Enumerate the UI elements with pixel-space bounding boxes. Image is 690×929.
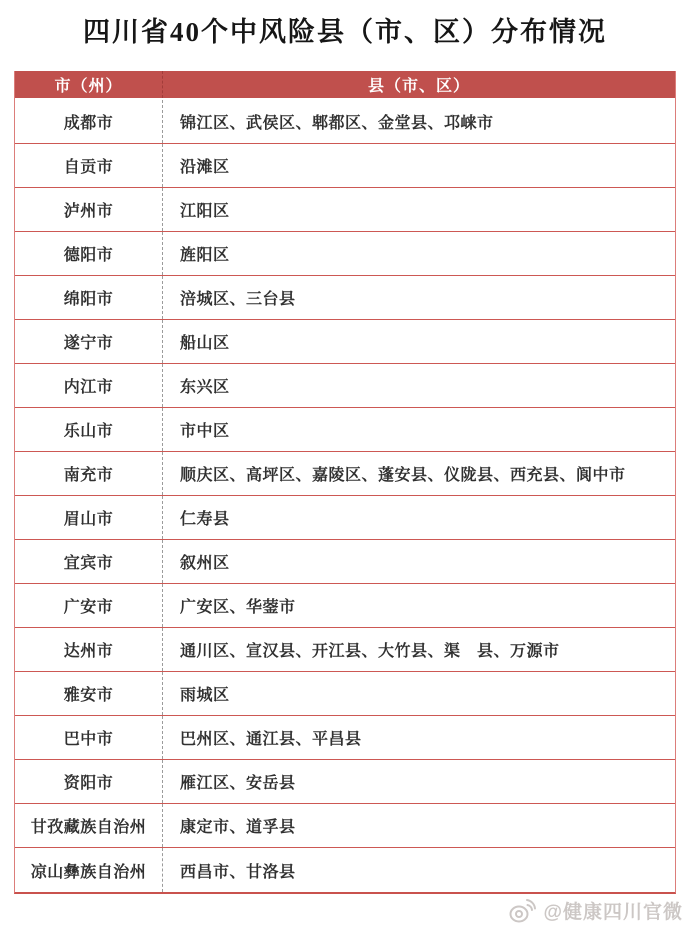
counties-cell: 仁寿县 bbox=[163, 496, 675, 539]
counties-cell: 船山区 bbox=[163, 320, 675, 363]
watermark-text: @健康四川官微 bbox=[543, 897, 683, 924]
counties-cell: 顺庆区、高坪区、嘉陵区、蓬安县、仪陇县、西充县、阆中市 bbox=[163, 452, 675, 495]
city-cell: 内江市 bbox=[15, 364, 163, 407]
table-row: 绵阳市 涪城区、三台县 bbox=[15, 276, 675, 320]
city-cell: 南充市 bbox=[15, 452, 163, 495]
city-cell: 广安市 bbox=[15, 584, 163, 627]
counties-cell: 江阳区 bbox=[163, 188, 675, 231]
city-cell: 遂宁市 bbox=[15, 320, 163, 363]
table-body: 成都市 锦江区、武侯区、郫都区、金堂县、邛崃市 自贡市 沿滩区 泸州市 江阳区 … bbox=[15, 100, 675, 892]
counties-cell: 巴州区、通江县、平昌县 bbox=[163, 716, 675, 759]
table-row: 泸州市 江阳区 bbox=[15, 188, 675, 232]
counties-cell: 东兴区 bbox=[163, 364, 675, 407]
counties-cell: 旌阳区 bbox=[163, 232, 675, 275]
weibo-icon bbox=[508, 897, 538, 924]
table-row: 内江市 东兴区 bbox=[15, 364, 675, 408]
city-cell: 甘孜藏族自治州 bbox=[15, 804, 163, 847]
table-row: 甘孜藏族自治州 康定市、道孚县 bbox=[15, 804, 675, 848]
city-cell: 泸州市 bbox=[15, 188, 163, 231]
counties-cell: 市中区 bbox=[163, 408, 675, 451]
city-cell: 自贡市 bbox=[15, 144, 163, 187]
city-cell: 德阳市 bbox=[15, 232, 163, 275]
counties-cell: 涪城区、三台县 bbox=[163, 276, 675, 319]
city-cell: 乐山市 bbox=[15, 408, 163, 451]
counties-cell: 锦江区、武侯区、郫都区、金堂县、邛崃市 bbox=[163, 100, 675, 143]
risk-distribution-table: 市（州） 县（市、区） 成都市 锦江区、武侯区、郫都区、金堂县、邛崃市 自贡市 … bbox=[14, 71, 676, 894]
counties-cell: 雁江区、安岳县 bbox=[163, 760, 675, 803]
table-row: 宜宾市 叙州区 bbox=[15, 540, 675, 584]
table-row: 雅安市 雨城区 bbox=[15, 672, 675, 716]
counties-cell: 康定市、道孚县 bbox=[163, 804, 675, 847]
city-cell: 巴中市 bbox=[15, 716, 163, 759]
header-county-column: 县（市、区） bbox=[163, 71, 675, 98]
table-row: 南充市 顺庆区、高坪区、嘉陵区、蓬安县、仪陇县、西充县、阆中市 bbox=[15, 452, 675, 496]
table-row: 广安市 广安区、华蓥市 bbox=[15, 584, 675, 628]
counties-cell: 雨城区 bbox=[163, 672, 675, 715]
city-cell: 绵阳市 bbox=[15, 276, 163, 319]
page-title: 四川省40个中风险县（市、区）分布情况 bbox=[0, 10, 690, 49]
table-row: 眉山市 仁寿县 bbox=[15, 496, 675, 540]
table-row: 自贡市 沿滩区 bbox=[15, 144, 675, 188]
city-cell: 雅安市 bbox=[15, 672, 163, 715]
watermark: @健康四川官微 bbox=[508, 897, 683, 924]
table-header-row: 市（州） 县（市、区） bbox=[15, 71, 675, 100]
table-row: 达州市 通川区、宣汉县、开江县、大竹县、渠 县、万源市 bbox=[15, 628, 675, 672]
table-row: 乐山市 市中区 bbox=[15, 408, 675, 452]
counties-cell: 叙州区 bbox=[163, 540, 675, 583]
counties-cell: 沿滩区 bbox=[163, 144, 675, 187]
city-cell: 凉山彝族自治州 bbox=[15, 848, 163, 892]
city-cell: 成都市 bbox=[15, 100, 163, 143]
table-row: 巴中市 巴州区、通江县、平昌县 bbox=[15, 716, 675, 760]
city-cell: 眉山市 bbox=[15, 496, 163, 539]
header-city-column: 市（州） bbox=[15, 71, 163, 98]
table-row: 凉山彝族自治州 西昌市、甘洛县 bbox=[15, 848, 675, 892]
city-cell: 达州市 bbox=[15, 628, 163, 671]
table-row: 遂宁市 船山区 bbox=[15, 320, 675, 364]
city-cell: 宜宾市 bbox=[15, 540, 163, 583]
city-cell: 资阳市 bbox=[15, 760, 163, 803]
counties-cell: 通川区、宣汉县、开江县、大竹县、渠 县、万源市 bbox=[163, 628, 675, 671]
counties-cell: 西昌市、甘洛县 bbox=[163, 848, 675, 892]
table-row: 资阳市 雁江区、安岳县 bbox=[15, 760, 675, 804]
counties-cell: 广安区、华蓥市 bbox=[163, 584, 675, 627]
table-row: 德阳市 旌阳区 bbox=[15, 232, 675, 276]
table-row: 成都市 锦江区、武侯区、郫都区、金堂县、邛崃市 bbox=[15, 100, 675, 144]
